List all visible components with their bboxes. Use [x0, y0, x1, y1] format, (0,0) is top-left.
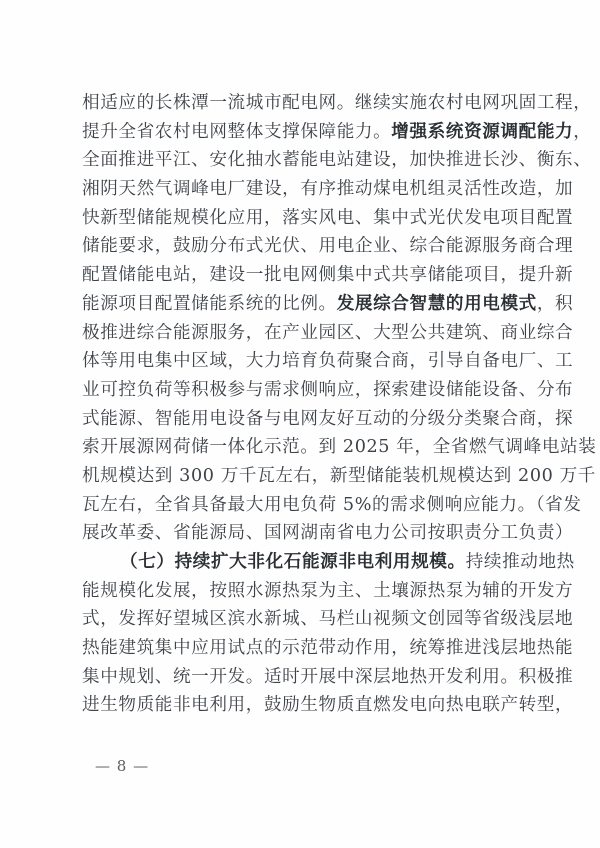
text-segment: 提升全省农村电网整体支撑保障能力。: [82, 122, 391, 142]
bold-heading-text: （七）持续扩大非化石能源非电利用规模。: [120, 551, 466, 572]
text-segment: 索开展源网荷储一体化示范。到 2025 年，全省燃气调峰电站装: [82, 437, 596, 457]
text-line: 热能建筑集中应用试点的示范带动作用，统筹推进浅层地热能: [82, 634, 524, 663]
text-segment: 机规模达到 300 万千瓦左右，新型储能装机规模达到 200 万千: [82, 466, 596, 486]
text-segment: 湘阴天然气调峰电厂建设，有序推动煤电机组灵活性改造，加: [82, 179, 573, 199]
text-line: 瓦左右，全省具备最大用电负荷 5%的需求侧响应能力。（省发: [82, 491, 524, 520]
text-line: 展改革委、省能源局、国网湖南省电力公司按职责分工负责）: [82, 519, 524, 548]
text-line: 湘阴天然气调峰电厂建设，有序推动煤电机组灵活性改造，加: [82, 175, 524, 204]
document-page: 相适应的长株潭一流城市配电网。继续实施农村电网巩固工程，提升全省农村电网整体支撑…: [0, 0, 600, 848]
text-line: 能规模化发展，按照水源热泵为主、土壤源热泵为辅的开发方: [82, 577, 524, 606]
text-line: 集中规划、统一开发。适时开展中深层地热开发利用。积极推: [82, 663, 524, 692]
text-segment: 全面推进平江、安化抽水蓄能电站建设，加快推进长沙、衡东、: [82, 150, 591, 170]
text-line: 配置储能电站，建设一批电网侧集中式共享储能项目，提升新: [82, 261, 524, 290]
text-line: 进生物质能非电利用，鼓励生物质直燃发电向热电联产转型，: [82, 691, 524, 720]
text-line: 全面推进平江、安化抽水蓄能电站建设，加快推进长沙、衡东、: [82, 146, 524, 175]
text-segment: 体等用电集中区域，大力培育负荷聚合商，引导自备电厂、工: [82, 351, 573, 371]
text-segment: 热能建筑集中应用试点的示范带动作用，统筹推进浅层地热能: [82, 638, 573, 658]
text-segment: 式能源、智能用电设备与电网友好互动的分级分类聚合商，探: [82, 409, 573, 429]
text-line: 能源项目配置储能系统的比例。发展综合智慧的用电模式，积: [82, 290, 524, 319]
text-segment: 配置储能电站，建设一批电网侧集中式共享储能项目，提升新: [82, 265, 573, 285]
text-segment: 业可控负荷等积极参与需求侧响应，探索建设储能设备、分布: [82, 380, 573, 400]
text-segment: 式，发挥好望城区滨水新城、马栏山视频文创园等省级浅层地: [82, 609, 573, 629]
text-segment: 进生物质能非电利用，鼓励生物质直燃发电向热电联产转型，: [82, 695, 573, 715]
text-line: 提升全省农村电网整体支撑保障能力。增强系统资源调配能力，: [82, 118, 524, 147]
text-segment: ，: [573, 122, 591, 142]
text-segment: 能源项目配置储能系统的比例。: [82, 294, 337, 314]
text-line: 极推进综合能源服务，在产业园区、大型公共建筑、商业综合: [82, 319, 524, 348]
text-segment: ，积: [537, 294, 573, 314]
text-segment: 相适应的长株潭一流城市配电网。继续实施农村电网巩固工程，: [82, 93, 591, 113]
text-segment: 能规模化发展，按照水源热泵为主、土壤源热泵为辅的开发方: [82, 581, 573, 601]
text-line: 式，发挥好望城区滨水新城、马栏山视频文创园等省级浅层地: [82, 605, 524, 634]
text-line: 索开展源网荷储一体化示范。到 2025 年，全省燃气调峰电站装: [82, 433, 524, 462]
text-line: 储能要求，鼓励分布式光伏、用电企业、综合能源服务商合理: [82, 232, 524, 261]
bold-heading-text: 发展综合智慧的用电模式: [337, 293, 537, 314]
bold-heading-text: 增强系统资源调配能力: [391, 121, 573, 142]
text-line: 业可控负荷等积极参与需求侧响应，探索建设储能设备、分布: [82, 376, 524, 405]
text-line: 快新型储能规模化应用，落实风电、集中式光伏发电项目配置: [82, 204, 524, 233]
text-line: 式能源、智能用电设备与电网友好互动的分级分类聚合商，探: [82, 405, 524, 434]
text-segment: 持续推动地热: [466, 552, 575, 572]
text-line: 机规模达到 300 万千瓦左右，新型储能装机规模达到 200 万千: [82, 462, 524, 491]
page-number: — 8 —: [95, 757, 149, 775]
text-line: （七）持续扩大非化石能源非电利用规模。持续推动地热: [82, 548, 524, 577]
text-segment: 快新型储能规模化应用，落实风电、集中式光伏发电项目配置: [82, 208, 573, 228]
text-segment: 储能要求，鼓励分布式光伏、用电企业、综合能源服务商合理: [82, 236, 573, 256]
text-segment: 极推进综合能源服务，在产业园区、大型公共建筑、商业综合: [82, 323, 573, 343]
body-text: 相适应的长株潭一流城市配电网。继续实施农村电网巩固工程，提升全省农村电网整体支撑…: [82, 89, 524, 720]
text-segment: 瓦左右，全省具备最大用电负荷 5%的需求侧响应能力。（省发: [82, 495, 582, 515]
text-line: 体等用电集中区域，大力培育负荷聚合商，引导自备电厂、工: [82, 347, 524, 376]
text-segment: 集中规划、统一开发。适时开展中深层地热开发利用。积极推: [82, 667, 573, 687]
text-segment: 展改革委、省能源局、国网湖南省电力公司按职责分工负责）: [82, 523, 573, 543]
text-line: 相适应的长株潭一流城市配电网。继续实施农村电网巩固工程，: [82, 89, 524, 118]
